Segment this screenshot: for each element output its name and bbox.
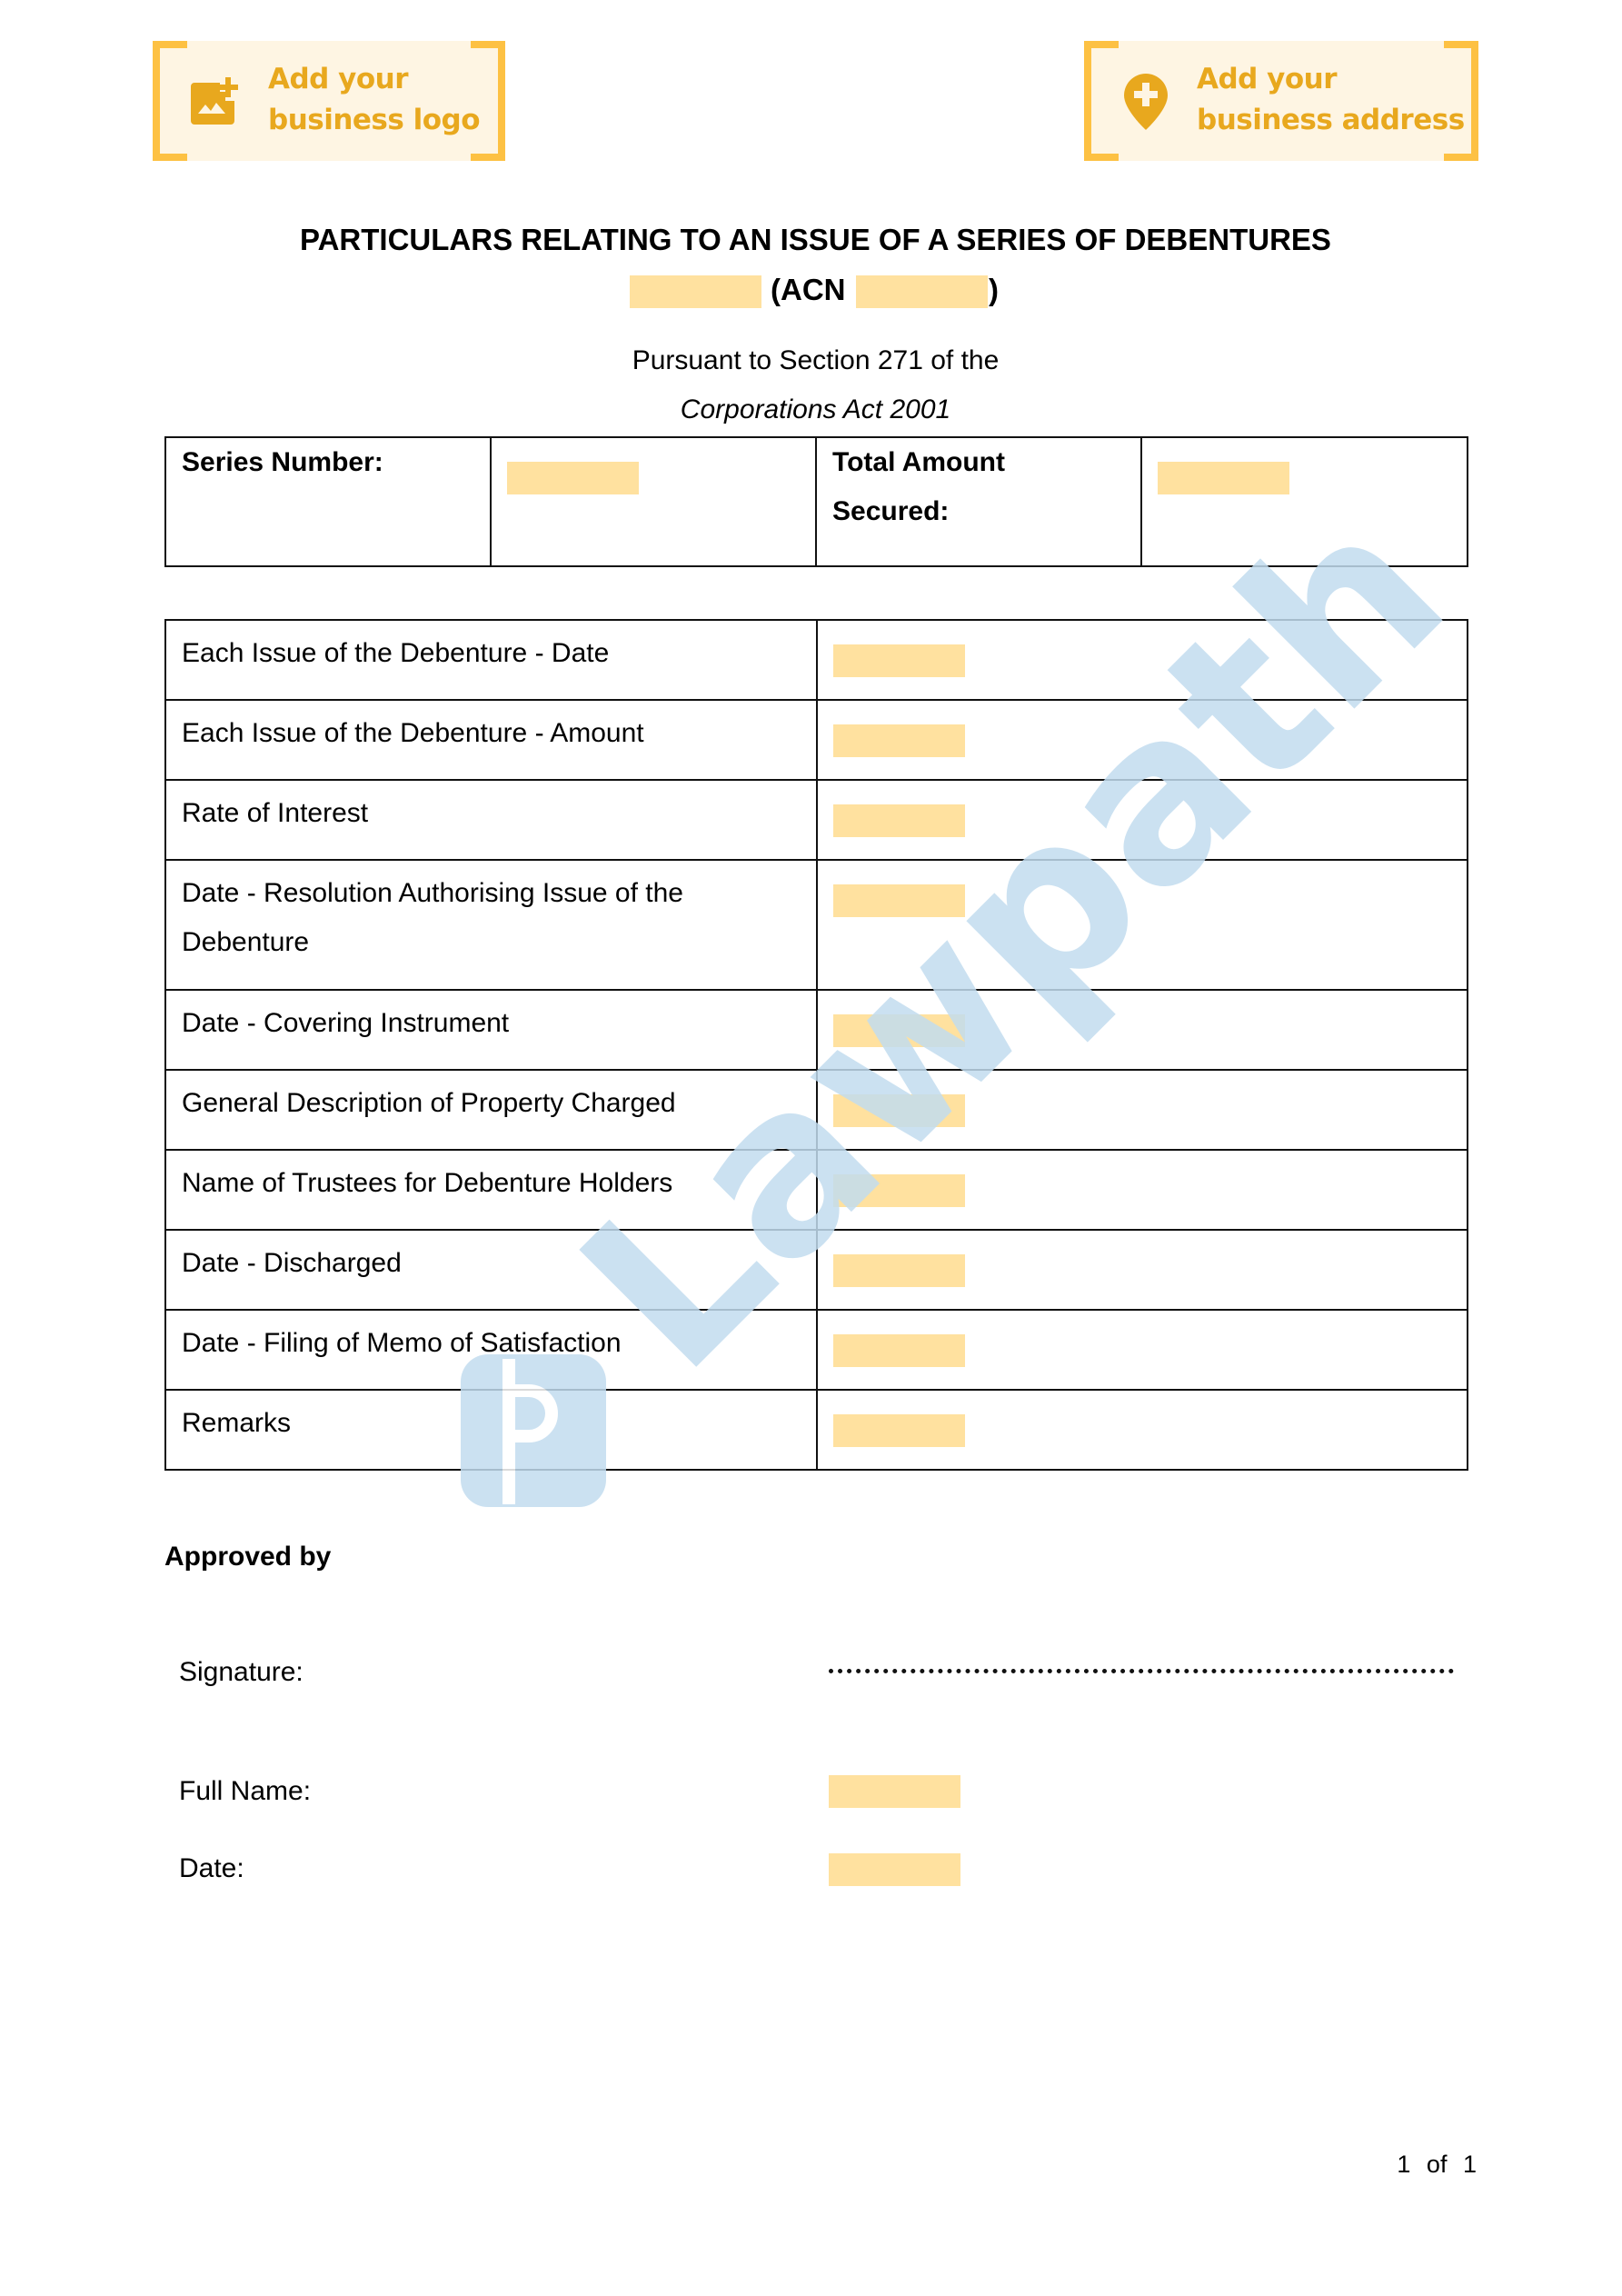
logo-placeholder-text: Add your business logo xyxy=(268,59,480,141)
bracket-left xyxy=(153,41,187,161)
table-row: Name of Trustees for Debenture Holders xyxy=(165,1150,1468,1230)
table-row: Date - Resolution Authorising Issue of t… xyxy=(165,860,1468,990)
row-value-field[interactable] xyxy=(833,1334,965,1367)
date-label: Date: xyxy=(179,1853,244,1884)
row-value-cell xyxy=(817,620,1468,700)
total-amount-label-line1: Total Amount xyxy=(832,438,1140,487)
series-number-field[interactable] xyxy=(507,462,639,494)
row-label: Each Issue of the Debenture - Amount xyxy=(165,700,817,780)
address-placeholder-text: Add your business address xyxy=(1197,59,1465,141)
row-label: Rate of Interest xyxy=(165,780,817,860)
signature-line[interactable] xyxy=(829,1669,1454,1673)
table-row: Date - Filing of Memo of Satisfaction xyxy=(165,1310,1468,1390)
table-row: Each Issue of the Debenture - Amount xyxy=(165,700,1468,780)
row-value-cell xyxy=(817,860,1468,990)
page-current: 1 xyxy=(1397,2151,1410,2178)
row-label: General Description of Property Charged xyxy=(165,1070,817,1150)
add-logo-placeholder[interactable]: Add your business logo xyxy=(153,41,505,161)
row-value-cell xyxy=(817,1310,1468,1390)
row-value-field[interactable] xyxy=(833,644,965,677)
row-label: Date - Discharged xyxy=(165,1230,817,1310)
series-number-label: Series Number: xyxy=(165,437,491,566)
row-value-cell xyxy=(817,1230,1468,1310)
row-label-text: Date - Resolution Authorising Issue of t… xyxy=(182,869,816,918)
row-label-text: Name of Trustees for Debenture Holders xyxy=(182,1159,816,1208)
row-value-field[interactable] xyxy=(833,724,965,757)
full-name-field[interactable] xyxy=(829,1775,960,1808)
address-line2: business address xyxy=(1197,100,1465,141)
row-value-field[interactable] xyxy=(833,884,965,917)
row-value-field[interactable] xyxy=(833,1254,965,1287)
row-value-cell xyxy=(817,780,1468,860)
table-row: Rate of Interest xyxy=(165,780,1468,860)
row-label-text: Date - Discharged xyxy=(182,1239,816,1288)
row-value-cell xyxy=(817,1390,1468,1470)
image-add-icon xyxy=(191,77,240,126)
row-value-field[interactable] xyxy=(833,1174,965,1207)
acn-suffix: ) xyxy=(989,273,999,307)
subtitle-line2: Corporations Act 2001 xyxy=(0,394,1622,425)
total-amount-field[interactable] xyxy=(1158,462,1289,494)
bracket-left xyxy=(1084,41,1119,161)
series-number-cell xyxy=(491,437,816,566)
company-name-field[interactable] xyxy=(630,275,761,308)
approved-by-heading: Approved by xyxy=(164,1542,331,1572)
row-label-text: Rate of Interest xyxy=(182,789,816,838)
date-field[interactable] xyxy=(829,1853,960,1886)
row-label: Date - Filing of Memo of Satisfaction xyxy=(165,1310,817,1390)
row-label: Date - Covering Instrument xyxy=(165,990,817,1070)
page-total: 1 xyxy=(1463,2151,1477,2178)
row-value-field[interactable] xyxy=(833,1094,965,1127)
row-label-text-line2: Debenture xyxy=(182,918,816,967)
acn-prefix: (ACN xyxy=(771,273,845,307)
address-line1: Add your xyxy=(1197,59,1465,100)
row-value-cell xyxy=(817,1070,1468,1150)
total-amount-cell xyxy=(1141,437,1468,566)
table-row: Date - Covering Instrument xyxy=(165,990,1468,1070)
row-label-text: Each Issue of the Debenture - Amount xyxy=(182,709,816,758)
row-label-text: Date - Covering Instrument xyxy=(182,999,816,1048)
row-label-text: General Description of Property Charged xyxy=(182,1079,816,1128)
row-value-field[interactable] xyxy=(833,804,965,837)
total-amount-label: Total Amount Secured: xyxy=(816,437,1141,566)
page-number: 1 of 1 xyxy=(1397,2151,1477,2179)
row-label: Name of Trustees for Debenture Holders xyxy=(165,1150,817,1230)
document-title: PARTICULARS RELATING TO AN ISSUE OF A SE… xyxy=(0,223,1622,257)
signature-label: Signature: xyxy=(179,1657,304,1688)
row-label: Date - Resolution Authorising Issue of t… xyxy=(165,860,817,990)
row-label: Remarks xyxy=(165,1390,817,1470)
row-label-text: Remarks xyxy=(182,1399,816,1448)
row-label: Each Issue of the Debenture - Date xyxy=(165,620,817,700)
logo-line2: business logo xyxy=(268,100,480,141)
table-row: General Description of Property Charged xyxy=(165,1070,1468,1150)
row-value-cell xyxy=(817,1150,1468,1230)
table-row: Date - Discharged xyxy=(165,1230,1468,1310)
table-row: Each Issue of the Debenture - Date xyxy=(165,620,1468,700)
add-address-placeholder[interactable]: Add your business address xyxy=(1084,41,1478,161)
row-value-field[interactable] xyxy=(833,1014,965,1047)
full-name-label: Full Name: xyxy=(179,1776,311,1807)
details-table: Each Issue of the Debenture - DateEach I… xyxy=(164,619,1468,1471)
row-label-text: Each Issue of the Debenture - Date xyxy=(182,629,816,678)
location-add-icon xyxy=(1122,72,1169,132)
row-label-text: Date - Filing of Memo of Satisfaction xyxy=(182,1319,816,1368)
subtitle-line1: Pursuant to Section 271 of the xyxy=(0,345,1622,376)
page-of: of xyxy=(1427,2151,1448,2178)
row-value-field[interactable] xyxy=(833,1414,965,1447)
row-value-cell xyxy=(817,700,1468,780)
total-amount-label-line2: Secured: xyxy=(832,487,1140,536)
table-row: Remarks xyxy=(165,1390,1468,1470)
row-value-cell xyxy=(817,990,1468,1070)
summary-table: Series Number: Total Amount Secured: xyxy=(164,436,1468,567)
acn-field[interactable] xyxy=(856,275,988,308)
logo-line1: Add your xyxy=(268,59,480,100)
